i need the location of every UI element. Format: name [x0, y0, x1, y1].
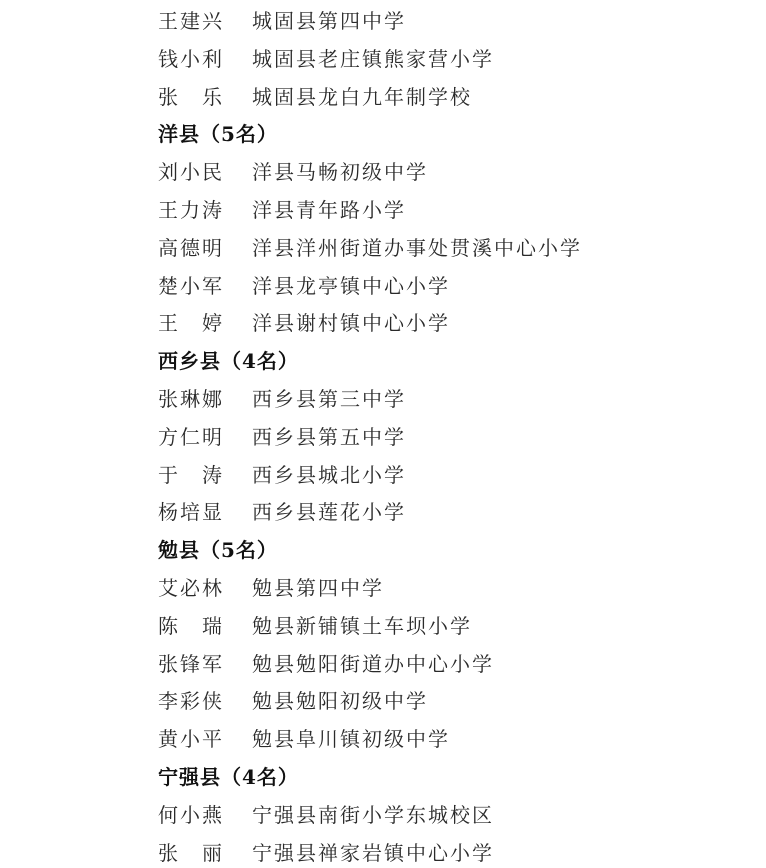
- list-item: 方仁明西乡县第五中学: [158, 419, 758, 457]
- teacher-name: 刘小民: [158, 154, 252, 192]
- section-xixiang: 西乡县（4名） 张琳娜西乡县第三中学 方仁明西乡县第五中学 于 涛西乡县城北小学…: [158, 343, 758, 532]
- teacher-name: 黄小平: [158, 721, 252, 759]
- school-name: 洋县龙亭镇中心小学: [252, 268, 450, 306]
- teacher-name: 张 丽: [158, 835, 252, 868]
- list-item: 张 丽宁强县禅家岩镇中心小学: [158, 835, 758, 868]
- school-name: 西乡县莲花小学: [252, 494, 406, 532]
- list-item: 何小燕宁强县南街小学东城校区: [158, 797, 758, 835]
- school-name: 西乡县第五中学: [252, 419, 406, 457]
- school-name: 西乡县城北小学: [252, 457, 406, 495]
- list-item: 张琳娜西乡县第三中学: [158, 381, 758, 419]
- section-heading: 宁强县（4名）: [158, 759, 758, 797]
- school-name: 宁强县南街小学东城校区: [252, 797, 494, 835]
- school-name: 勉县第四中学: [252, 570, 384, 608]
- school-name: 西乡县第三中学: [252, 381, 406, 419]
- list-item: 杨培显西乡县莲花小学: [158, 494, 758, 532]
- teacher-name: 方仁明: [158, 419, 252, 457]
- school-name: 洋县马畅初级中学: [252, 154, 428, 192]
- list-item: 艾必林勉县第四中学: [158, 570, 758, 608]
- list-item: 黄小平勉县阜川镇初级中学: [158, 721, 758, 759]
- teacher-name: 王建兴: [158, 3, 252, 41]
- list-item: 陈 瑞勉县新铺镇土车坝小学: [158, 608, 758, 646]
- school-name: 洋县谢村镇中心小学: [252, 305, 450, 343]
- school-name: 洋县洋州街道办事处贯溪中心小学: [252, 230, 582, 268]
- teacher-name: 杨培显: [158, 494, 252, 532]
- list-item: 楚小军洋县龙亭镇中心小学: [158, 268, 758, 306]
- teacher-name: 何小燕: [158, 797, 252, 835]
- school-name: 城固县老庄镇熊家营小学: [252, 41, 494, 79]
- section-mianxian: 勉县（5名） 艾必林勉县第四中学 陈 瑞勉县新铺镇土车坝小学 张锋军勉县勉阳街道…: [158, 532, 758, 759]
- list-item: 张锋军勉县勉阳街道办中心小学: [158, 646, 758, 684]
- section-chenggu: 王建兴城固县第四中学 钱小利城固县老庄镇熊家营小学 张 乐城固县龙白九年制学校: [158, 3, 758, 116]
- list-item: 王 婷洋县谢村镇中心小学: [158, 305, 758, 343]
- list-item: 王力涛洋县青年路小学: [158, 192, 758, 230]
- teacher-name: 陈 瑞: [158, 608, 252, 646]
- teacher-name: 李彩侠: [158, 683, 252, 721]
- school-name: 城固县龙白九年制学校: [252, 79, 472, 117]
- teacher-name: 钱小利: [158, 41, 252, 79]
- list-item: 李彩侠勉县勉阳初级中学: [158, 683, 758, 721]
- school-name: 城固县第四中学: [252, 3, 406, 41]
- school-name: 勉县勉阳街道办中心小学: [252, 646, 494, 684]
- teacher-name: 高德明: [158, 230, 252, 268]
- list-item: 刘小民洋县马畅初级中学: [158, 154, 758, 192]
- list-item: 高德明洋县洋州街道办事处贯溪中心小学: [158, 230, 758, 268]
- teacher-name: 艾必林: [158, 570, 252, 608]
- list-item: 钱小利城固县老庄镇熊家营小学: [158, 41, 758, 79]
- teacher-name: 楚小军: [158, 268, 252, 306]
- teacher-name: 张 乐: [158, 79, 252, 117]
- teacher-name: 于 涛: [158, 457, 252, 495]
- section-yangxian: 洋县（5名） 刘小民洋县马畅初级中学 王力涛洋县青年路小学 高德明洋县洋州街道办…: [158, 116, 758, 343]
- list-item: 张 乐城固县龙白九年制学校: [158, 79, 758, 117]
- section-heading: 西乡县（4名）: [158, 343, 758, 381]
- section-heading: 勉县（5名）: [158, 532, 758, 570]
- section-heading: 洋县（5名）: [158, 116, 758, 154]
- document-body: 王建兴城固县第四中学 钱小利城固县老庄镇熊家营小学 张 乐城固县龙白九年制学校 …: [158, 3, 758, 868]
- teacher-name: 张锋军: [158, 646, 252, 684]
- school-name: 勉县阜川镇初级中学: [252, 721, 450, 759]
- school-name: 勉县新铺镇土车坝小学: [252, 608, 472, 646]
- teacher-name: 王力涛: [158, 192, 252, 230]
- list-item: 王建兴城固县第四中学: [158, 3, 758, 41]
- school-name: 洋县青年路小学: [252, 192, 406, 230]
- school-name: 勉县勉阳初级中学: [252, 683, 428, 721]
- school-name: 宁强县禅家岩镇中心小学: [252, 835, 494, 868]
- section-ningqiang: 宁强县（4名） 何小燕宁强县南街小学东城校区 张 丽宁强县禅家岩镇中心小学: [158, 759, 758, 868]
- teacher-name: 张琳娜: [158, 381, 252, 419]
- list-item: 于 涛西乡县城北小学: [158, 457, 758, 495]
- teacher-name: 王 婷: [158, 305, 252, 343]
